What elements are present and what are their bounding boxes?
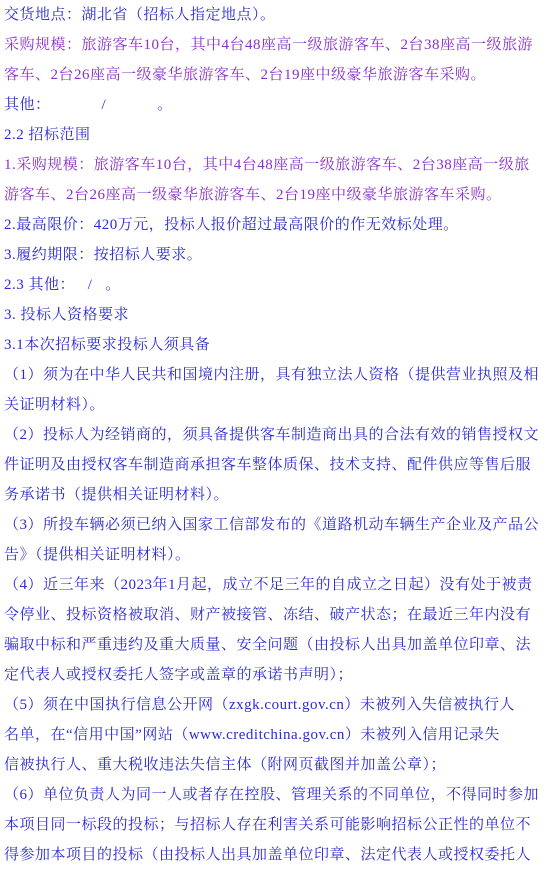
text-line: 2.最高限价：420万元，投标人报价超过最高限价的作无效标处理。 — [4, 210, 545, 240]
document-page: 交货地点：湖北省（招标人指定地点）。采购规模：旅游客车10台，其中4台48座高一… — [0, 0, 547, 870]
text-line: 得参加本项目的投标（由投标人出具加盖单位印章、法定代表人或授权委托人 — [4, 840, 545, 870]
text-line: 游客车、2台26座高一级豪华旅游客车、2台19座中级豪华旅游客车采购。 — [4, 180, 545, 210]
text-line: 采购规模：旅游客车10台，其中4台48座高一级旅游客车、2台38座高一级旅游 — [4, 30, 545, 60]
text-line: 关证明材料）。 — [4, 390, 545, 420]
text-line: 其他： / 。 — [4, 90, 545, 120]
text-line: （2）投标人为经销商的，须具备提供客车制造商出具的合法有效的销售授权文 — [4, 420, 545, 450]
text-line: （6）单位负责人为同一人或者存在控股、管理关系的不同单位，不得同时参加 — [4, 780, 545, 810]
text-line: 2.3 其他： / 。 — [4, 270, 545, 300]
document-body: 交货地点：湖北省（招标人指定地点）。采购规模：旅游客车10台，其中4台48座高一… — [0, 0, 547, 870]
text-line: 3. 投标人资格要求 — [4, 300, 545, 330]
text-line: （4）近三年来（2023年1月起，成立不足三年的自成立之日起）没有处于被责 — [4, 570, 545, 600]
text-line: 令停业、投标资格被取消、财产被接管、冻结、破产状态；在最近三年内没有 — [4, 600, 545, 630]
text-line: 骗取中标和严重违约及重大质量、安全问题（由投标人出具加盖单位印章、法 — [4, 630, 545, 660]
text-line: 告》（提供相关证明材料）。 — [4, 540, 545, 570]
text-line: （1）须为在中华人民共和国境内注册，具有独立法人资格（提供营业执照及相 — [4, 360, 545, 390]
text-line: 1.采购规模：旅游客车10台，其中4台48座高一级旅游客车、2台38座高一级旅 — [4, 150, 545, 180]
text-line: 3.1本次招标要求投标人须具备 — [4, 330, 545, 360]
text-line: （3）所投车辆必须已纳入国家工信部发布的《道路机动车辆生产企业及产品公 — [4, 510, 545, 540]
text-line: 本项目同一标段的投标；与招标人存在利害关系可能影响招标公正性的单位不 — [4, 810, 545, 840]
text-line: 3.履约期限：按招标人要求。 — [4, 240, 545, 270]
text-line: 名单，在“信用中国”网站（www.creditchina.gov.cn）未被列入… — [4, 720, 545, 750]
text-line: 务承诺书（提供相关证明材料）。 — [4, 480, 545, 510]
text-line: 客车、2台26座高一级豪华旅游客车、2台19座中级豪华旅游客车采购。 — [4, 60, 545, 90]
text-line: 信被执行人、重大税收违法失信主体（附网页截图并加盖公章）； — [4, 750, 545, 780]
text-line: 定代表人或授权委托人签字或盖章的承诺书声明）； — [4, 660, 545, 690]
text-line: 交货地点：湖北省（招标人指定地点）。 — [4, 0, 545, 30]
text-line: 件证明及由授权客车制造商承担客车整体质保、技术支持、配件供应等售后服 — [4, 450, 545, 480]
text-line: （5）须在中国执行信息公开网（zxgk.court.gov.cn）未被列入失信被… — [4, 690, 545, 720]
text-line: 2.2 招标范围 — [4, 120, 545, 150]
